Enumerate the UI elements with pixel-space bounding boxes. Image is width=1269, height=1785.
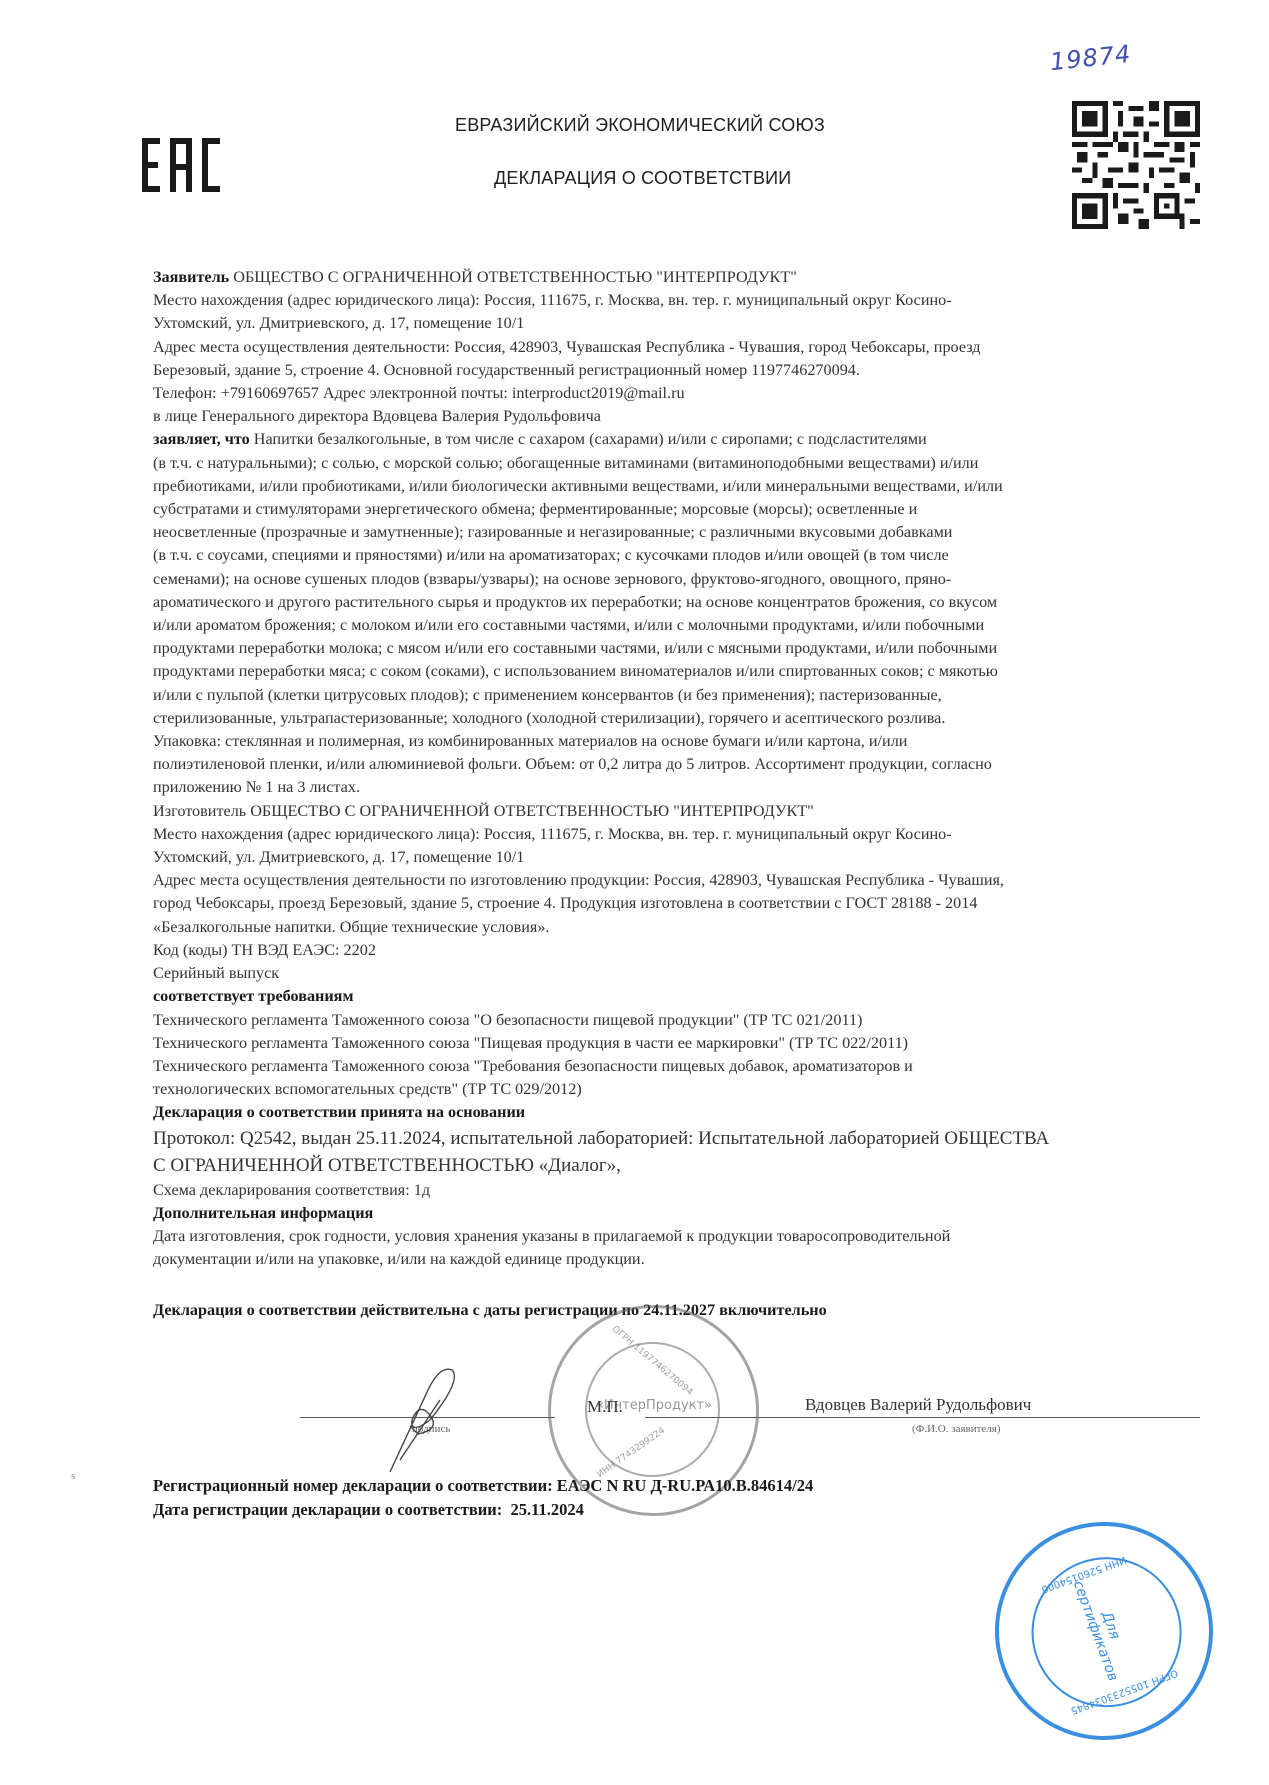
requirement-item: Технического регламента Таможенного союз… [153,1055,1203,1078]
declaration-body: Заявитель ОБЩЕСТВО С ОГРАНИЧЕННОЙ ОТВЕТС… [153,266,1203,1323]
eac-logo-icon [140,136,230,194]
product-description: Напитки безалкогольные, в том числе с са… [250,430,927,448]
manufacturer-standard-line: «Безалкогольные напитки. Общие техническ… [153,916,1203,939]
additional-info-line: Дата изготовления, срок годности, услови… [153,1225,1203,1248]
registration-number-label: Регистрационный номер декларации о соотв… [153,1476,553,1495]
qr-code-icon [1072,100,1200,230]
eac-logo [140,136,230,194]
manufacturer-label: Изготовитель [153,802,246,820]
signer-name: Вдовцев Валерий Рудольфович [805,1395,1031,1415]
applicant-contacts: Телефон: +79160697657 Адрес электронной … [153,382,1203,405]
manufacturer-name: ОБЩЕСТВО С ОГРАНИЧЕННОЙ ОТВЕТСТВЕННОСТЬЮ… [246,802,814,820]
applicant-representative: в лице Генерального директора Вдовцева В… [153,405,1203,428]
protocol-line: Протокол: Q2542, выдан 25.11.2024, испыт… [153,1125,1203,1152]
registration-date-label: Дата регистрации декларации о соответств… [153,1500,502,1519]
packaging-line: полиэтиленовой пленки, и/или алюминиевой… [153,753,1203,776]
certificate-stamp-blue: Для сертификатов ОГРН 1055233034845 ИНН … [964,1491,1243,1770]
declares-line: заявляет, что Напитки безалкогольные, в … [153,428,1203,451]
product-line: продуктами переработки мяса; с соком (со… [153,660,1203,683]
declares-label: заявляет, что [153,430,250,448]
applicant-activity-line: Адрес места осуществления деятельности: … [153,336,1203,359]
applicant-address-line: Ухтомский, ул. Дмитриевского, д. 17, пом… [153,312,1203,335]
tn-ved-code: Код (коды) ТН ВЭД ЕАЭС: 2202 [153,939,1203,962]
signature-scribble-icon [370,1360,490,1480]
basis-heading: Декларация о соответствии принята на осн… [153,1101,1203,1124]
handwritten-number: 19874 [1049,40,1133,76]
product-line: и/или ароматом брожения; с молоком и/или… [153,614,1203,637]
applicant-line: Заявитель ОБЩЕСТВО С ОГРАНИЧЕННОЙ ОТВЕТС… [153,266,1203,289]
declaration-scheme: Схема декларирования соответствия: 1д [153,1179,1203,1202]
packaging-line: Упаковка: стеклянная и полимерная, из ко… [153,730,1203,753]
manufacturer-address-line: Ухтомский, ул. Дмитриевского, д. 17, пом… [153,846,1203,869]
union-name: ЕВРАЗИЙСКИЙ ЭКОНОМИЧЕСКИЙ СОЮЗ [455,115,825,136]
registration-number: ЕАЭС N RU Д-RU.РА10.В.84614/24 [553,1476,814,1495]
registration-date: 25.11.2024 [502,1500,584,1519]
applicant-name: ОБЩЕСТВО С ОГРАНИЧЕННОЙ ОТВЕТСТВЕННОСТЬЮ… [229,268,797,286]
product-line: неосветленные (прозрачные и замутненные)… [153,521,1203,544]
product-line: семенами); на основе сушеных плодов (взв… [153,568,1203,591]
protocol-line: С ОГРАНИЧЕННОЙ ОТВЕТСТВЕННОСТЬЮ «Диалог»… [153,1152,1203,1179]
margin-mark: s [71,1470,75,1482]
product-line: продуктами переработки молока; с мясом и… [153,637,1203,660]
product-line: ароматического и другого растительного с… [153,591,1203,614]
applicant-address-line: Место нахождения (адрес юридического лиц… [153,289,1203,312]
manufacturer-line: Изготовитель ОБЩЕСТВО С ОГРАНИЧЕННОЙ ОТВ… [153,800,1203,823]
registration-block: Регистрационный номер декларации о соотв… [153,1474,813,1522]
signer-caption: (Ф.И.О. заявителя) [912,1423,1001,1435]
registration-number-row: Регистрационный номер декларации о соотв… [153,1474,813,1498]
requirements-heading: соответствует требованиям [153,985,1203,1008]
requirement-item: технологических вспомогательных средств"… [153,1078,1203,1101]
registration-date-row: Дата регистрации декларации о соответств… [153,1498,813,1522]
product-line: и/или с пульпой (клетки цитрусовых плодо… [153,684,1203,707]
product-line: (в т.ч. с натуральными); с солью, с морс… [153,452,1203,475]
product-line: (в т.ч. с соусами, специями и пряностями… [153,544,1203,567]
manufacturer-production-line: Адрес места осуществления деятельности п… [153,869,1203,892]
product-line: пребиотиками, и/или пробиотиками, и/или … [153,475,1203,498]
requirement-item: Технического регламента Таможенного союз… [153,1009,1203,1032]
manufacturer-production-line: город Чебоксары, проезд Березовый, здани… [153,892,1203,915]
qr-code[interactable] [1072,100,1200,230]
requirement-item: Технического регламента Таможенного союз… [153,1032,1203,1055]
product-line: стерилизованные, ультрапастеризованные; … [153,707,1203,730]
document-title: ДЕКЛАРАЦИЯ О СООТВЕТСТВИИ [494,168,791,189]
release-type: Серийный выпуск [153,962,1203,985]
additional-info-heading: Дополнительная информация [153,1202,1203,1225]
additional-info-line: документации и/или на упаковке, и/или на… [153,1248,1203,1271]
product-line: субстратами и стимуляторами энергетическ… [153,498,1203,521]
handwritten-signature [370,1360,490,1480]
seal-center-text: «ИнтерПродукт» [569,1398,739,1413]
packaging-line: приложению № 1 на 3 листах. [153,776,1203,799]
manufacturer-address-line: Место нахождения (адрес юридического лиц… [153,823,1203,846]
applicant-activity-line: Березовый, здание 5, строение 4. Основно… [153,359,1203,382]
applicant-label: Заявитель [153,268,229,286]
